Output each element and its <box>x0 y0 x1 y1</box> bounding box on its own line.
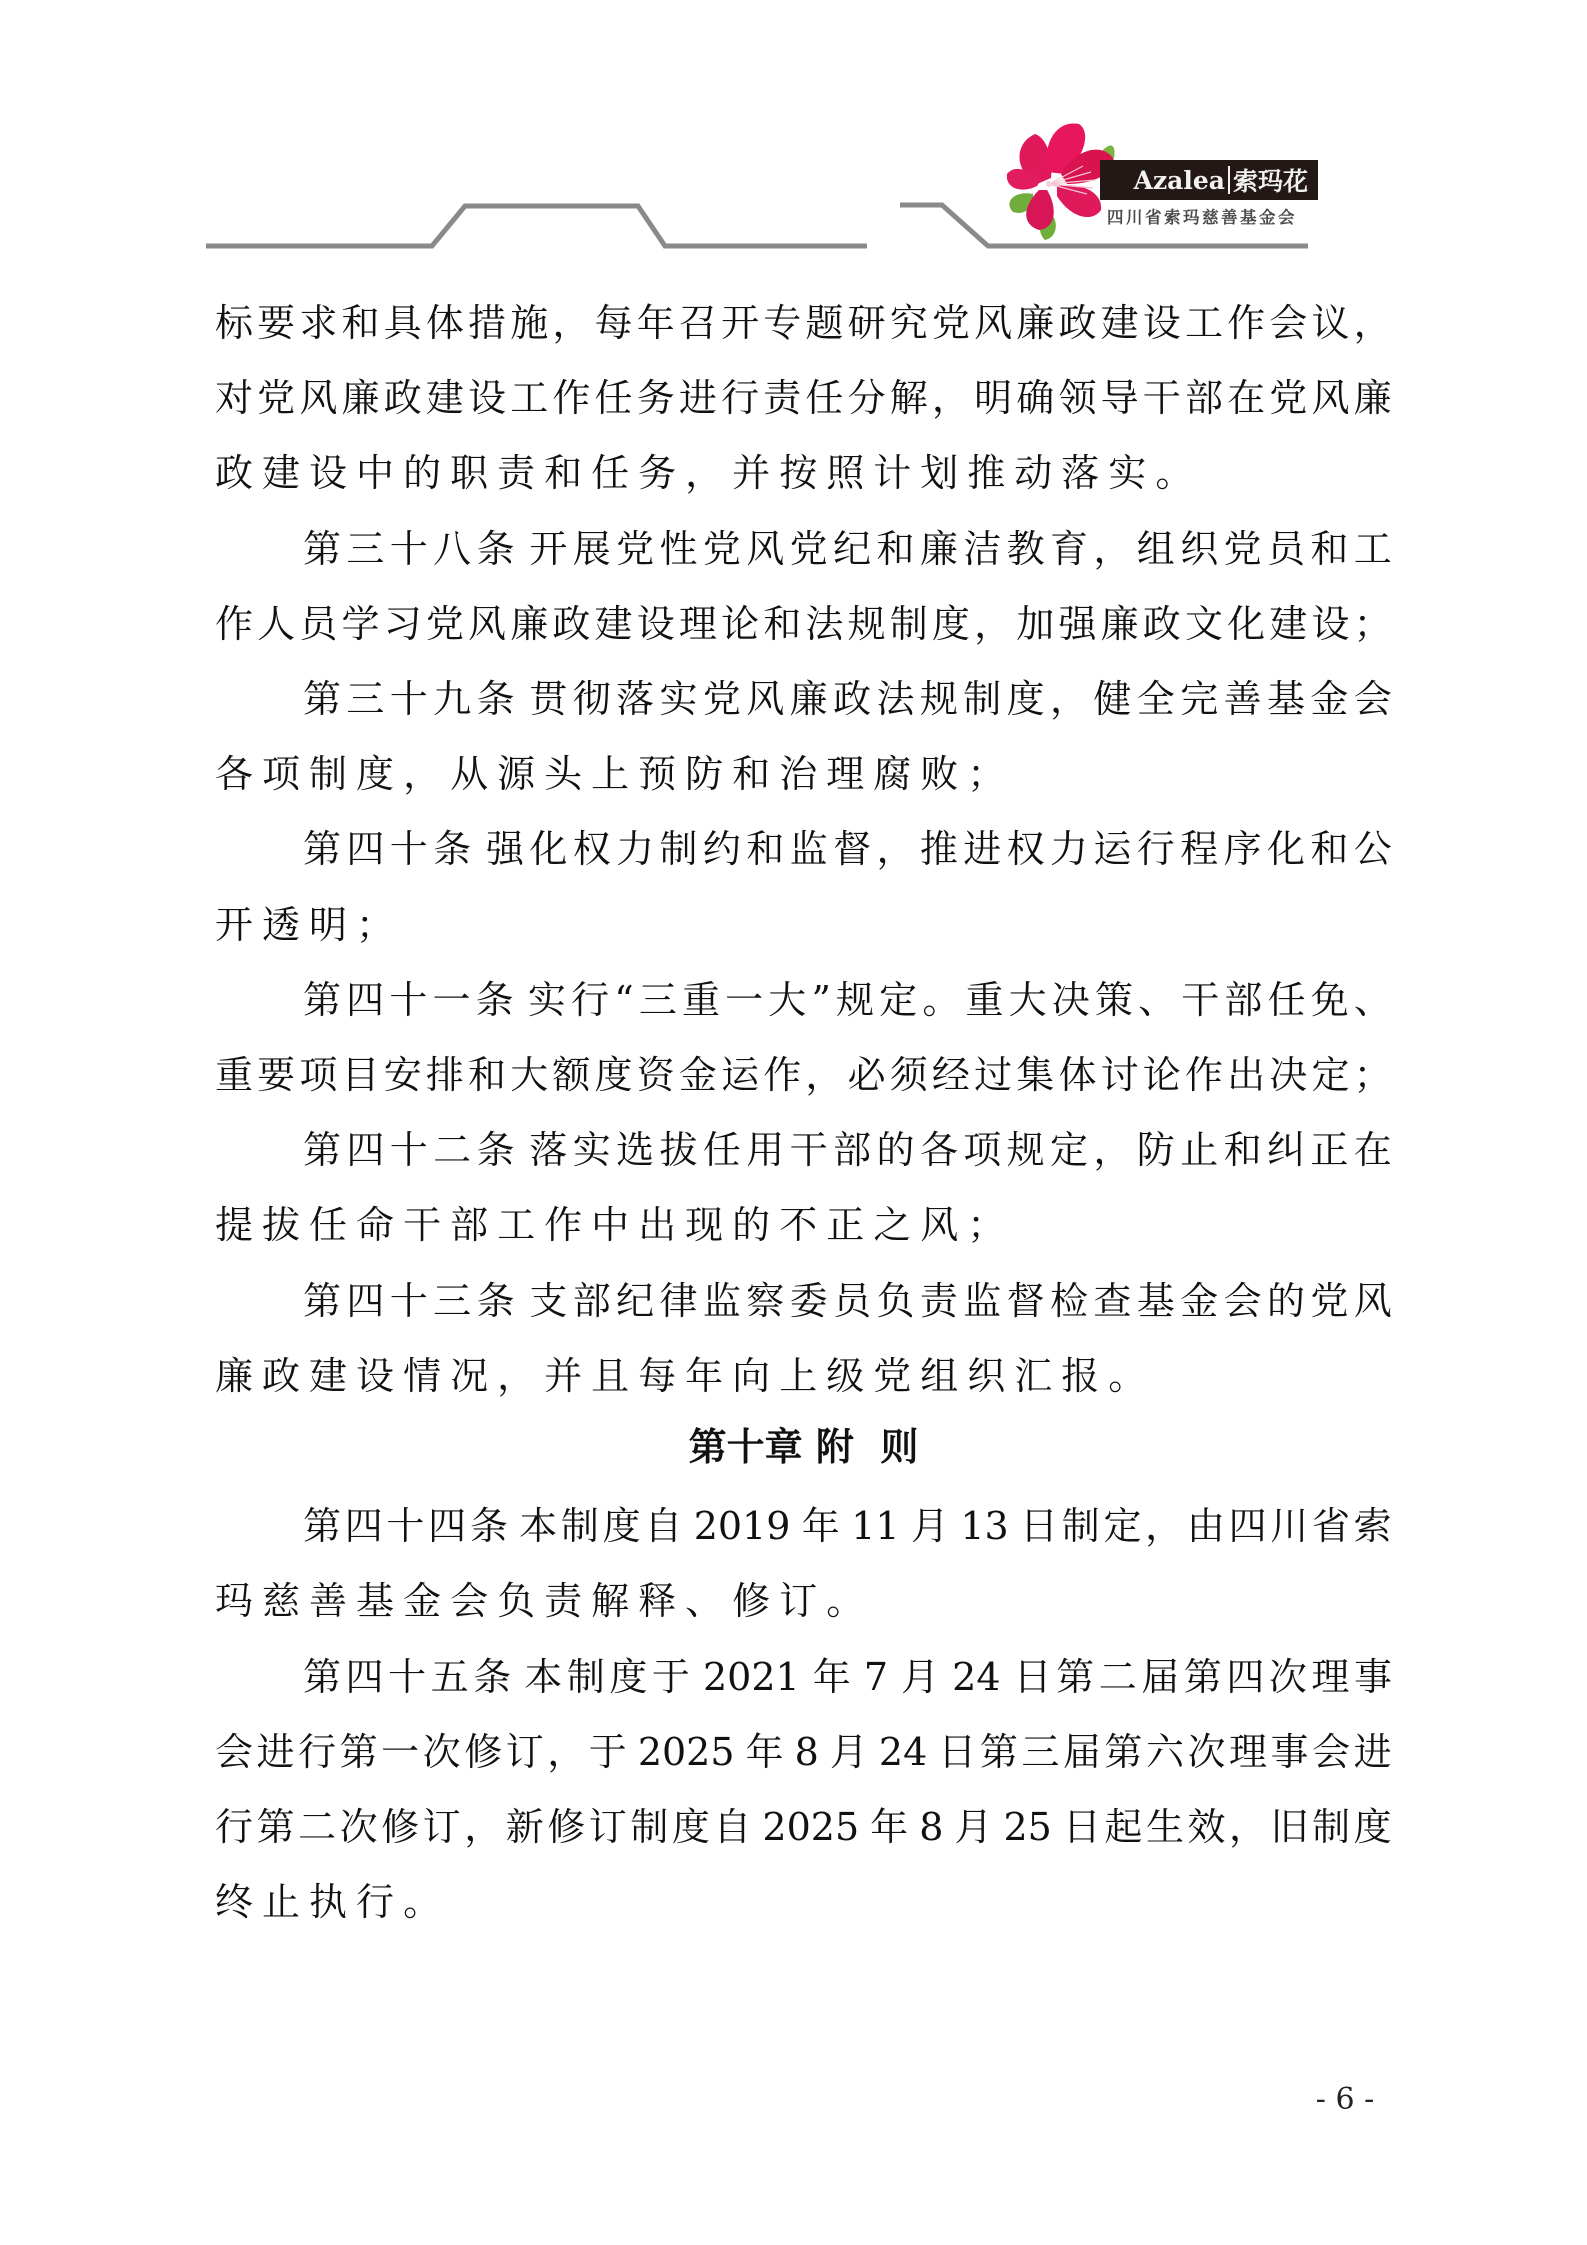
text-line: 第三十九条 贯彻落实党风廉政法规制度，健全完善基金会 <box>303 677 1392 721</box>
text-line: 第四十五条 本制度于 2021 年 7 月 24 日第二届第四次理事 <box>303 1655 1392 1699</box>
brand-name-cn: 索玛花 <box>1233 162 1308 198</box>
text-line: 玛慈善基金会负责解释、修订。 <box>215 1579 1392 1623</box>
logo-brand-band: Azalea索玛花 <box>1100 160 1318 200</box>
brand-name-en: Azalea <box>1134 166 1225 195</box>
text-line: 第四十三条 支部纪律监察委员负责监督检查基金会的党风 <box>303 1279 1392 1323</box>
text-line: 廉政建设情况，并且每年向上级党组织汇报。 <box>215 1354 1392 1398</box>
page-header: Azalea索玛花 四川省索玛慈善基金会 <box>0 0 1587 260</box>
organization-name: 四川省索玛慈善基金会 <box>1107 204 1319 228</box>
foundation-logo: Azalea索玛花 四川省索玛慈善基金会 <box>995 112 1325 242</box>
text-line: 重要项目安排和大额度资金运作，必须经过集体讨论作出决定； <box>215 1053 1392 1097</box>
text-line: 第三十八条 开展党性党风党纪和廉洁教育，组织党员和工 <box>303 527 1392 571</box>
chapter-heading: 第十章 附 则 <box>215 1425 1392 1469</box>
text-line: 第四十一条 实行“三重一大”规定。重大决策、干部任免、 <box>303 978 1392 1022</box>
text-line: 开透明； <box>215 903 1392 947</box>
text-line: 第四十四条 本制度自 2019 年 11 月 13 日制定，由四川省索 <box>303 1504 1392 1548</box>
text-line: 会进行第一次修订，于 2025 年 8 月 24 日第三届第六次理事会进 <box>215 1730 1392 1774</box>
page-number: - 6 - <box>1290 2080 1400 2120</box>
text-line: 终止执行。 <box>215 1880 1392 1924</box>
text-line: 第四十条 强化权力制约和监督，推进权力运行程序化和公 <box>303 827 1392 871</box>
header-rule-line <box>0 0 1587 260</box>
text-line: 各项制度，从源头上预防和治理腐败； <box>215 752 1392 796</box>
text-line: 作人员学习党风廉政建设理论和法规制度，加强廉政文化建设； <box>215 602 1392 646</box>
text-line: 行第二次修订，新修订制度自 2025 年 8 月 25 日起生效，旧制度 <box>215 1805 1392 1849</box>
text-line: 对党风廉政建设工作任务进行责任分解，明确领导干部在党风廉 <box>215 376 1392 420</box>
text-line: 标要求和具体措施，每年召开专题研究党风廉政建设工作会议， <box>215 301 1392 345</box>
text-line: 第四十二条 落实选拔任用干部的各项规定，防止和纠正在 <box>303 1128 1392 1172</box>
text-line: 提拔任命干部工作中出现的不正之风； <box>215 1203 1392 1247</box>
brand-separator <box>1228 166 1230 194</box>
text-line: 政建设中的职责和任务，并按照计划推动落实。 <box>215 451 1392 495</box>
